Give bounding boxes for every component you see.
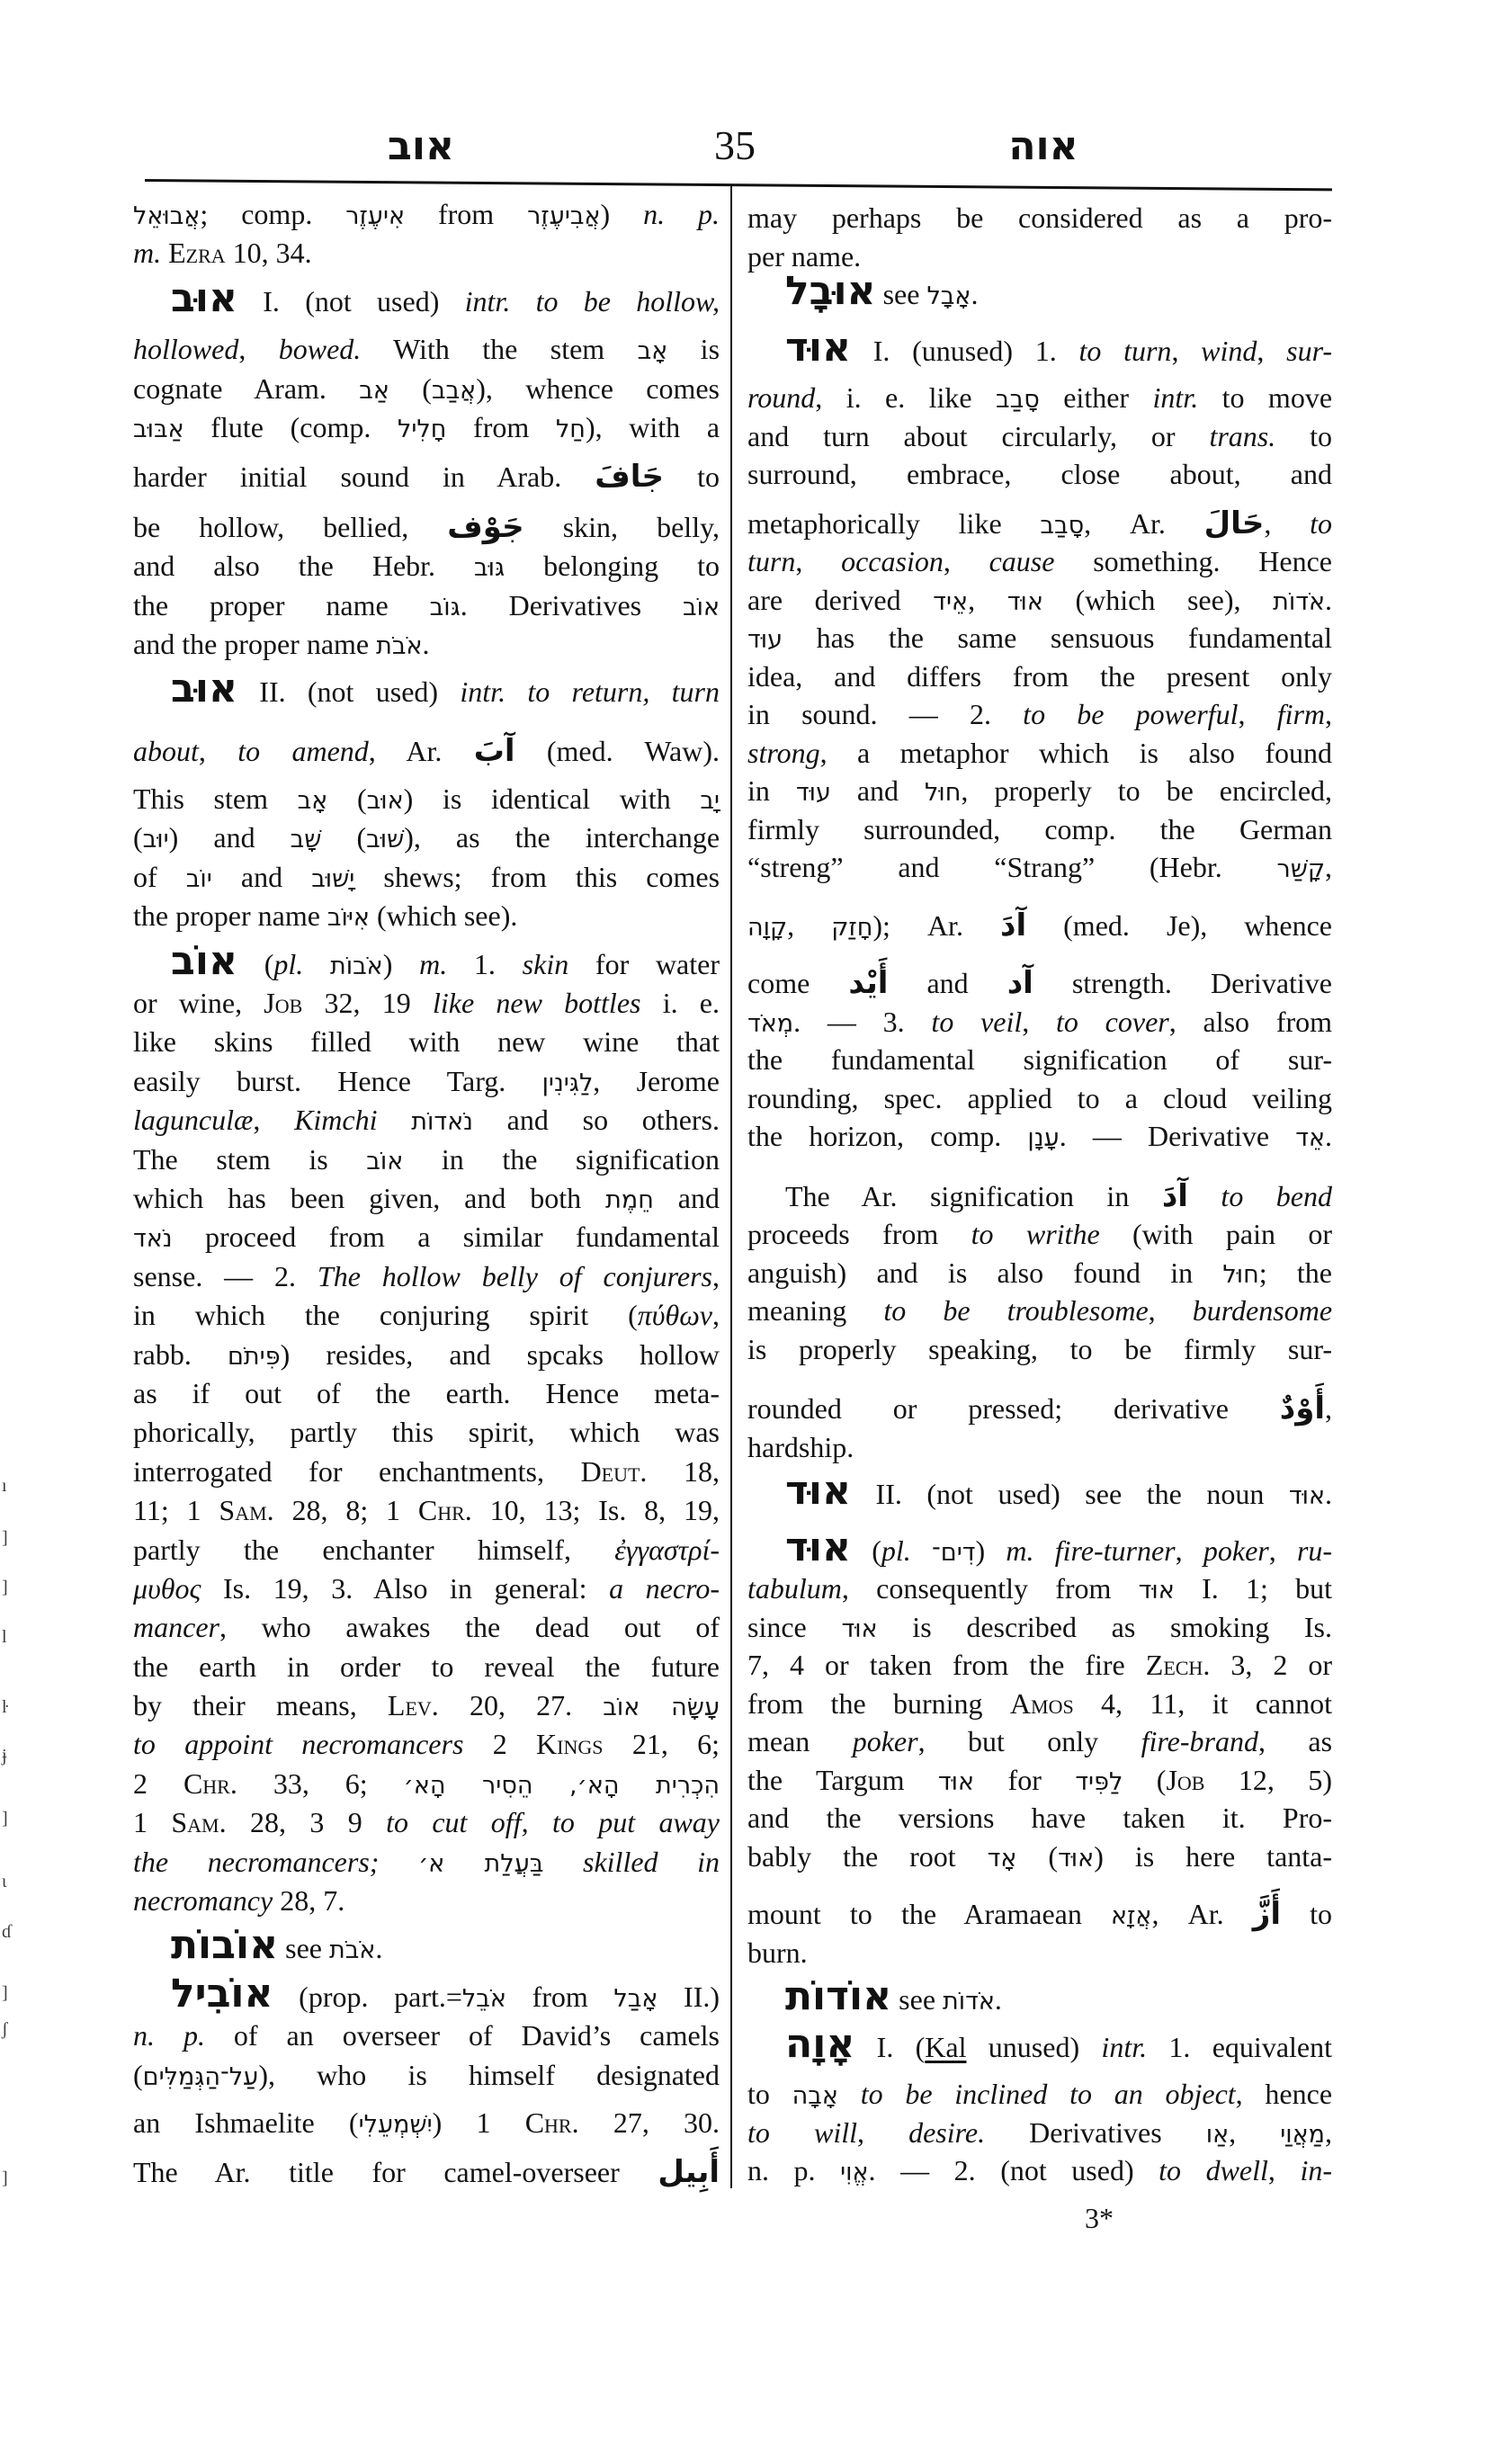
text: cognate Aram. (133, 372, 359, 405)
hebrew-word: סָבַב (1040, 512, 1084, 540)
hebrew-word: קָוָה (747, 914, 787, 942)
text (303, 948, 330, 980)
line-content: the necromancers; בַּעֲלַת א׳ skilled in (133, 1843, 720, 1882)
text (378, 1104, 412, 1136)
text: interrogated for enchantments, (133, 1455, 581, 1488)
hebrew-word: אֹדוֹת (1273, 588, 1325, 616)
text-line: אוֹבִיל (prop. part.=אֹבֵל from אָבַל II… (133, 1969, 720, 2016)
text-line: or wine, Job 32, 19 like new bottles i. … (133, 984, 720, 1023)
text (911, 1534, 932, 1567)
text-line: (יוּב) and שָׁב (שׁוּב), as the intercha… (133, 818, 720, 857)
italic-text: to dwell (1159, 2154, 1268, 2186)
arabic-word: جَوْف (447, 509, 523, 545)
hebrew-word: גּוֹב (430, 594, 461, 621)
hebrew-word: עוּד (796, 779, 831, 807)
text-line: and the proper name אֹבֹת. (133, 625, 720, 664)
text: ) is here tanta- (1094, 1840, 1332, 1873)
text: i. e. (640, 987, 720, 1019)
text: (with pain or (1100, 1218, 1332, 1250)
text: (prop. part.= (273, 1981, 462, 2013)
hebrew-word: אֹבֵל (462, 1985, 506, 2013)
text: skin, belly, (524, 511, 720, 543)
text: proceeds from (747, 1218, 971, 1250)
line-content: like skins filled with new wine that (133, 1023, 720, 1061)
hebrew-word: בַּעֲלַת א׳ (418, 1850, 543, 1878)
running-head-right: אוה (1000, 127, 1087, 166)
line-content: to will, desire. Derivatives אַו, מַאֲוַ… (747, 2114, 1332, 2152)
text: , (253, 1104, 294, 1136)
hebrew-word: עָנָן (1027, 1124, 1059, 1152)
text: , Ar. (1084, 507, 1203, 540)
italic-text: bowed. (279, 333, 362, 365)
line-content: in which the conjuring spirit (πύθων, (133, 1296, 720, 1335)
text: I. (not used) (237, 285, 465, 317)
text-line: to will, desire. Derivatives אַו, מַאֲוַ… (747, 2114, 1332, 2152)
text: rounded or pressed; derivative (747, 1392, 1280, 1425)
text: unused) (967, 2031, 1102, 2063)
italic-text: skilled in (583, 1846, 720, 1878)
line-content: אוֹדוֹת see אֹדוֹת. (785, 1981, 1002, 2019)
line-content: or wine, Job 32, 19 like new bottles i. … (133, 984, 720, 1023)
text-line: phorically, partly this spirit, which wa… (133, 1413, 720, 1452)
text: an Ishmaelite ( (133, 2106, 359, 2139)
line-content: anguish) and is also found in חוּל; the (747, 1254, 1332, 1292)
italic-text: trans. (1209, 420, 1275, 452)
bleed-through-mark: ɗ (2, 1923, 11, 1941)
bleed-through-mark: ı (2, 1477, 7, 1495)
hebrew-word: אֲזָא (1111, 1902, 1151, 1930)
line-content: the proper name גּוֹב. Derivatives אוֹב (133, 586, 720, 625)
italic-text: to turn (1078, 335, 1171, 367)
hebrew-word: עַל־הַגְּמַלִּים (143, 2063, 259, 2091)
line-content: hollowed, bowed. With the stem אָב is (133, 330, 720, 369)
italic-text: firm (1277, 698, 1325, 730)
text: flute (comp. (184, 411, 398, 443)
line-content: of יוֹב and יָשׁוּב shews; from this com… (133, 858, 720, 897)
line-content: rounding, spec. applied to a cloud veili… (747, 1079, 1332, 1118)
text-line: anguish) and is also found in חוּל; the (747, 1254, 1332, 1292)
italic-text: in- (1300, 2154, 1332, 2186)
hebrew-word: אֹבֹת (329, 1936, 375, 1964)
text: the earth in order to reveal the future (133, 1650, 720, 1683)
text: 1. (447, 948, 522, 980)
text-line: may perhaps be considered as a pro- (747, 199, 1332, 237)
line-content: אוּב I. (not used) intr. to be hollow, (171, 282, 720, 321)
text: and the versions have taken it. Pro- (747, 1802, 1332, 1834)
text-line: μυθος Is. 19, 3. Also in general: a necr… (133, 1569, 720, 1608)
line-content: and the proper name אֹבֹת. (133, 625, 430, 664)
scripture-ref: Kings (536, 1728, 603, 1760)
scripture-ref: Sam. (171, 1806, 226, 1838)
signature-mark: 3* (1085, 2204, 1114, 2232)
line-content: אָוָה I. (Kal unused) intr. 1. equivalen… (785, 2028, 1332, 2067)
text-line: necromancy 28, 7. (133, 1882, 720, 1920)
text (1188, 1180, 1221, 1212)
text: , (1022, 1006, 1056, 1038)
hebrew-word: יוֹב (186, 865, 212, 893)
text-line: the horizon, comp. עָנָן. — Derivative א… (747, 1117, 1332, 1165)
bleed-through-mark: ɩ (2, 1873, 6, 1891)
line-content: proceeds from to writhe (with pain or (747, 1215, 1332, 1254)
line-content: phorically, partly this spirit, which wa… (133, 1413, 720, 1452)
text: phorically, partly this spirit, which wa… (133, 1416, 720, 1448)
text: which has been given, and both (133, 1182, 605, 1214)
text: . (995, 1983, 1002, 2016)
bleed-through-mark: ɉ (2, 1747, 7, 1765)
text: for (974, 1764, 1075, 1796)
text-line: firmly surrounded, comp. the German (747, 810, 1332, 849)
text-line: This stem אָב (אוּב) is identical with י… (133, 780, 720, 818)
text: (med. Je), whence (1026, 909, 1332, 942)
text-line: מְאֹד. — 3. to veil, to cover, also from (747, 1003, 1332, 1042)
line-content: from the burning Amos 4, 11, it cannot (747, 1685, 1332, 1723)
italic-text: mancer (133, 1611, 219, 1643)
line-content: אֲבוּאֵל; comp. אִיעֶזֶר from אֲבִיעֶזֶר… (133, 195, 720, 234)
text: has the same sensuous fundamental (783, 621, 1332, 654)
italic-text: about (133, 735, 199, 767)
hebrew-word: אֵד (1295, 1124, 1325, 1152)
text-line: rounding, spec. applied to a cloud veili… (747, 1079, 1332, 1118)
text-line: rabb. פִּיתֹם) resides, and spcaks hollo… (133, 1336, 720, 1374)
text: see (876, 278, 927, 310)
italic-text: round (747, 381, 815, 414)
bleed-through-mark: ] (2, 1810, 8, 1828)
italic-text: like new bottles (433, 987, 641, 1019)
bleed-through-mark: l (2, 1628, 7, 1646)
hebrew-word: אוּד (841, 1615, 877, 1643)
italic-text: lagunculæ (133, 1104, 253, 1136)
text: , a metaphor which is also found (820, 737, 1332, 769)
hebrew-word: אֹבוֹת (330, 952, 383, 980)
text-line: 2 Chr. 33, 6; הִכְרִית הָא׳, הֵסִיר הָא׳ (133, 1765, 720, 1803)
text-line: אֲבוּאֵל; comp. אִיעֶזֶר from אֲבִיעֶזֶר… (133, 195, 720, 234)
arabic-word: آدَ (1162, 1178, 1188, 1214)
line-content: עוּד has the same sensuous fundamental (747, 619, 1332, 657)
text: . (1325, 1478, 1332, 1510)
column-divider (730, 186, 732, 2188)
text: ); Ar. (872, 909, 1000, 942)
text: ( (133, 821, 143, 854)
text: ) is identical with (404, 782, 701, 815)
hebrew-word: חָזַק (831, 914, 872, 942)
text-line: “streng” and “Strang” (Hebr. קָשַׁר, (747, 848, 1332, 896)
text: burn. (747, 1936, 808, 1969)
text-line: round, i. e. like סָבַב either intr. to … (747, 379, 1332, 417)
text: partly the enchanter himself, (133, 1533, 614, 1566)
scripture-ref: Ezra (168, 237, 226, 269)
line-content: אוּד (pl. ־דִים) m. fire-turner, poker, … (785, 1532, 1332, 1570)
text: be hollow, bellied, (133, 511, 447, 543)
text: 2 (133, 1767, 183, 1800)
text: , (968, 584, 1007, 616)
hebrew-word: אוּד (1139, 1577, 1175, 1605)
line-content: in sound. — 2. to be powerful, firm, (747, 695, 1332, 734)
text: ), as the interchange (404, 821, 720, 854)
arabic-word: أَبِيل (658, 2154, 720, 2190)
text: , but only (918, 1725, 1141, 1757)
text: ), who is himself designated (258, 2059, 720, 2091)
hebrew-word: אִיּוֹב (327, 904, 370, 932)
line-content: אַבּוּב flute (comp. חָלִיל from חַל), w… (133, 408, 720, 447)
text-line: and turn about circularly, or trans. to (747, 417, 1332, 456)
italic-text: The hollow belly of conjurers (318, 1260, 712, 1292)
text-line: an Ishmaelite (יִשְׁמְעֵלִי) 1 Chr. 27, … (133, 2104, 720, 2142)
text: , (238, 333, 278, 365)
line-content: surround, embrace, close about, and (747, 455, 1332, 494)
text: (med. Waw). (515, 735, 720, 767)
text: rounding, spec. applied to a cloud veili… (747, 1082, 1332, 1114)
text: 1. equivalent (1147, 2031, 1332, 2063)
text: 27, 30. (579, 2106, 720, 2139)
text: anguish) and is also found in (747, 1256, 1222, 1289)
arabic-word: آد (1007, 965, 1033, 1001)
line-content: mount to the Aramaean אֲזָא, Ar. أَزَّ t… (747, 1895, 1332, 1934)
hebrew-word: אֹבֹת (376, 632, 422, 660)
line-content: be hollow, bellied, جَوْف skin, belly, (133, 508, 720, 547)
line-content: hardship. (747, 1428, 854, 1467)
arabic-word: حَالَ (1204, 505, 1265, 541)
line-content: sense. — 2. The hollow belly of conjurer… (133, 1257, 720, 1296)
text: (which see), (1043, 584, 1273, 616)
text: idea, and differs from the present only (747, 660, 1332, 693)
hebrew-word: נֹאדוֹת (411, 1108, 473, 1136)
line-content: interrogated for enchantments, Deut. 18, (133, 1453, 720, 1491)
text: , (1171, 335, 1201, 367)
text: 28, 7. (273, 1884, 344, 1917)
text-line: come أَيْد and آد strength. Derivative (747, 953, 1332, 1003)
text: , (1176, 1534, 1203, 1567)
text-line: metaphorically like סָבַב, Ar. حَالَ, to (747, 494, 1332, 543)
line-content: the horizon, comp. עָנָן. — Derivative א… (747, 1117, 1332, 1156)
underlined-text: Kal (925, 2031, 966, 2063)
text: from (506, 1981, 613, 2013)
line-content: necromancy 28, 7. (133, 1882, 344, 1920)
bleed-through-mark: ] (2, 1984, 8, 2002)
text-line: and the versions have taken it. Pro- (747, 1799, 1332, 1837)
hebrew-word: אַב (359, 377, 389, 405)
text-line: n. p. of an overseer of David’s camels (133, 2016, 720, 2055)
italic-text: to veil (931, 1006, 1022, 1038)
text: . Derivatives (461, 589, 683, 621)
line-content: turn, occasion, cause something. Hence (747, 542, 1332, 581)
text-line: n. p. אֱוִי. — 2. (not used) to dwell, i… (747, 2151, 1332, 2190)
text: , (712, 1260, 720, 1292)
text-line: אוֹב (pl. אֹבוֹת) m. 1. skin for water (133, 936, 720, 984)
line-content: metaphorically like סָבַב, Ar. حَالَ, to (747, 505, 1332, 543)
text-line: about, to amend, Ar. آبَ (med. Waw). (133, 721, 720, 780)
scripture-ref: Sam. (219, 1494, 273, 1526)
headword: אוֹבִיל (171, 1971, 273, 2016)
text-line: אוּב I. (not used) intr. to be hollow, (133, 273, 720, 330)
hebrew-word: נֹאד (133, 1225, 173, 1253)
italic-text: tabulum (747, 1572, 842, 1605)
italic-text: to be inclined to an object (861, 2078, 1236, 2110)
text: either (1040, 381, 1153, 414)
text-line: אוּד (pl. ־דִים) m. fire-turner, poker, … (747, 1523, 1332, 1570)
text-line: the fundamental signification of sur- (747, 1041, 1332, 1079)
line-content: as if out of the earth. Hence meta- (133, 1374, 720, 1413)
text-line: and also the Hebr. גּוּב belonging to (133, 547, 720, 586)
text-line: קָוָה, חָזַק); Ar. آدَ (med. Je), whence (747, 896, 1332, 954)
arabic-word: آبَ (474, 733, 515, 769)
text-line: rounded or pressed; derivative أَوْدٌ, (747, 1368, 1332, 1428)
text: ( (1123, 1764, 1166, 1796)
scripture-ref: Job (1166, 1764, 1204, 1796)
text: ( (389, 372, 432, 405)
text: , (1325, 1392, 1332, 1425)
hebrew-word: אַו (1206, 2121, 1229, 2149)
text: ) (975, 1534, 1006, 1567)
italic-text: intr. to return, turn (460, 675, 720, 708)
text: 10, 34. (226, 237, 312, 269)
text: the Targum (747, 1764, 938, 1796)
line-content: rabb. פִּיתֹם) resides, and spcaks hollo… (133, 1336, 720, 1374)
hebrew-word: אֲבַב (432, 377, 476, 405)
text-line: m. Ezra 10, 34. (133, 234, 720, 273)
text: in (747, 774, 796, 807)
text: see (891, 1983, 943, 2016)
text: , (199, 735, 237, 767)
italic-text: intr. (1153, 381, 1199, 414)
text: see (278, 1932, 329, 1964)
dictionary-page: אוב 35 אוה אֲבוּאֵל; comp. אִיעֶזֶר from… (0, 0, 1512, 2450)
text: ) (383, 948, 419, 980)
scripture-ref: Zech. (1146, 1649, 1211, 1681)
text-line: אוּבָל see אָבָל. (747, 275, 1332, 323)
hebrew-word: לַגִּינִין (542, 1069, 594, 1097)
text: in the signification (403, 1143, 720, 1176)
italic-text: skin (523, 948, 569, 980)
text-line: mount to the Aramaean אֲזָא, Ar. أَزَّ t… (747, 1884, 1332, 1934)
hebrew-word: לַפִּיד (1075, 1768, 1123, 1796)
italic-text: m. (133, 237, 161, 269)
text: the proper name (133, 899, 327, 932)
text: , (1229, 2116, 1280, 2149)
text: ) resides, and spcaks hollow (281, 1338, 720, 1371)
hebrew-word: חוּל (925, 779, 961, 807)
line-content: אוֹב (pl. אֹבוֹת) m. 1. skin for water (171, 945, 720, 984)
text: for water (568, 948, 720, 980)
line-content: אוּד II. (not used) see the noun אוּד. (785, 1475, 1332, 1514)
running-head-left: אוב (378, 127, 464, 166)
text: the proper name (133, 589, 430, 621)
hebrew-word: גּוּב (474, 554, 505, 582)
line-content: and also the Hebr. גּוּב belonging to (133, 547, 720, 586)
italic-text: poker (1203, 1534, 1269, 1567)
text: . (423, 628, 430, 660)
text: 21, 6; (604, 1728, 720, 1760)
text-line: by their means, Lev. 20, 27. עָשָׂה אוֹב (133, 1686, 720, 1725)
text: . (971, 278, 978, 310)
text-line: אוּד II. (not used) see the noun אוּד. (747, 1466, 1332, 1523)
text-line: The Ar. title for camel-overseer أَبِيل (133, 2142, 720, 2192)
text: the horizon, comp. (747, 1120, 1027, 1152)
text-line: נֹאד proceed from a similar fundamental (133, 1218, 720, 1256)
line-content: may perhaps be considered as a pro- (747, 199, 1332, 237)
text-line: like skins filled with new wine that (133, 1023, 720, 1061)
line-content: strong, a metaphor which is also found (747, 734, 1332, 773)
text: and the proper name (133, 628, 376, 660)
line-content: lagunculæ, Kimchi נֹאדוֹת and so others. (133, 1101, 720, 1140)
italic-text: πύθων (638, 1299, 712, 1331)
text-line: The stem is אוֹב in the signification (133, 1140, 720, 1179)
hebrew-word: פִּיתֹם (228, 1343, 281, 1371)
text: 28, 8; 1 (274, 1494, 418, 1526)
line-content: the proper name אִיּוֹב (which see). (133, 897, 517, 935)
hebrew-word: אָבָה (792, 2082, 838, 2110)
text: . — 2. (not used) (869, 2154, 1159, 2186)
text: ( (321, 821, 366, 854)
italic-text: to cut off, to put away (386, 1806, 720, 1838)
arabic-word: أَوْدٌ (1280, 1390, 1325, 1426)
hebrew-word: עוּד (747, 626, 783, 654)
arabic-word: أَيْد (848, 965, 888, 1001)
hebrew-word: אוֹב (366, 1148, 403, 1176)
text-line: which has been given, and both חֵמֶת and (133, 1179, 720, 1218)
line-content: אוּבָל see אָבָל. (785, 275, 978, 314)
hebrew-word: שׁוּב (366, 826, 404, 854)
text: This stem (133, 782, 298, 815)
line-content: This stem אָב (אוּב) is identical with י… (133, 780, 720, 818)
text: , (944, 545, 989, 577)
line-content: burn. (747, 1934, 808, 1972)
text-line: in sound. — 2. to be powerful, firm, (747, 695, 1332, 734)
text: to (664, 460, 720, 493)
text: , as (1258, 1725, 1332, 1757)
text: , hence (1236, 2078, 1332, 2110)
text: ; the (1259, 1256, 1332, 1289)
text-line: 11; 1 Sam. 28, 8; 1 Chr. 10, 13; Is. 8, … (133, 1491, 720, 1530)
text: , (1264, 507, 1310, 540)
text: the fundamental signification of sur- (747, 1043, 1332, 1076)
line-content: and turn about circularly, or trans. to (747, 417, 1332, 456)
italic-text: pl. (881, 1534, 911, 1567)
hebrew-word: אָבַל (613, 1985, 658, 2013)
text: 33, 6; (237, 1767, 404, 1800)
text: and (831, 774, 925, 807)
line-content: to אָבָה to be inclined to an object, he… (747, 2075, 1332, 2114)
text: , (857, 2116, 908, 2149)
text: , Jerome (593, 1065, 720, 1097)
text: 2 (463, 1728, 536, 1760)
text-line: to appoint necromancers 2 Kings 21, 6; (133, 1725, 720, 1764)
text-line: עוּד has the same sensuous fundamental (747, 619, 1332, 657)
bleed-through-mark: ] (2, 2169, 8, 2187)
text: surround, embrace, close about, and (747, 458, 1332, 490)
text-line: The Ar. signification in آدَ to bend (747, 1165, 1332, 1216)
headword: אוֹדוֹת (785, 1973, 891, 2019)
text: mount to the Aramaean (747, 1898, 1111, 1930)
text-line: strong, a metaphor which is also found (747, 734, 1332, 773)
hebrew-word: מַאֲוַי (1280, 2121, 1325, 2149)
text: in which the conjuring spirit ( (133, 1299, 638, 1331)
text-line: since אוּד is described as smoking Is. (747, 1608, 1332, 1647)
scripture-ref: Lev. (388, 1689, 439, 1721)
text: , Ar. (369, 735, 474, 767)
line-content: 2 Chr. 33, 6; הִכְרִית הָא׳, הֵסִיר הָא׳ (133, 1765, 720, 1803)
text: 1 (133, 1806, 171, 1838)
text-line: be hollow, bellied, جَوْف skin, belly, (133, 497, 720, 547)
right-column: may perhaps be considered as a pro-per n… (747, 199, 1332, 2190)
text: 18, (647, 1455, 720, 1488)
text: ) and (169, 821, 291, 854)
hebrew-word: שָׁב (291, 826, 322, 854)
text-line: turn, occasion, cause something. Hence (747, 542, 1332, 581)
text: meaning (747, 1294, 883, 1327)
text: something. Hence (1054, 545, 1332, 577)
text: “streng” and “Strang” (Hebr. (747, 851, 1276, 883)
text: by their means, (133, 1689, 388, 1721)
